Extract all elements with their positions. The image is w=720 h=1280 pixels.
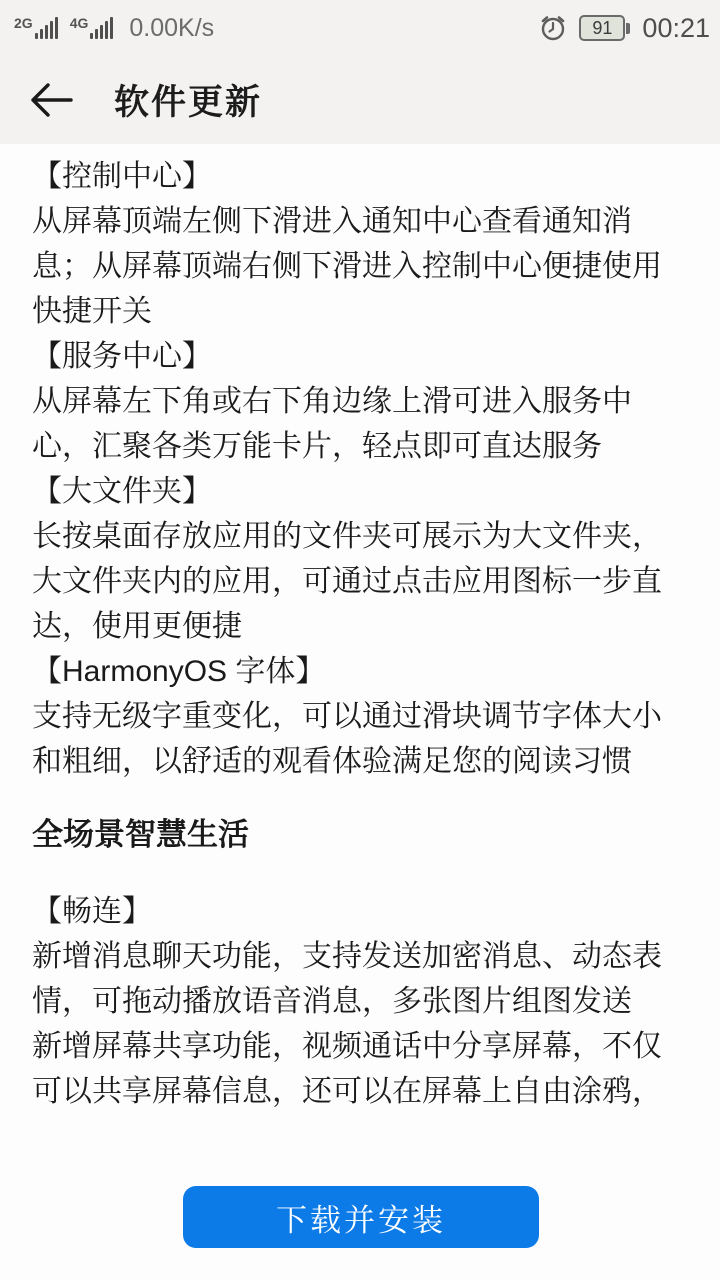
section-service-center: 【服务中心】 从屏幕左下角或右下角边缘上滑可进入服务中 心，汇聚各类万能卡片，轻… (32, 334, 690, 469)
sim2-network-type-label: 4G (70, 15, 89, 31)
battery-level-text: 91 (592, 18, 612, 39)
alarm-clock-icon (539, 14, 567, 42)
section-text-line: 和粗细，以舒适的观看体验满足您的阅读习惯 (32, 739, 690, 784)
sim2-signal-icon: 4G (70, 11, 114, 45)
back-button[interactable] (28, 78, 76, 122)
sim1-network-type-label: 2G (14, 15, 33, 31)
section-text-line: 长按桌面存放应用的文件夹可展示为大文件夹， (32, 514, 690, 559)
section-text-line: 心，汇聚各类万能卡片，轻点即可直达服务 (32, 424, 690, 469)
section-heading: 【服务中心】 (32, 334, 690, 379)
section-large-folder: 【大文件夹】 长按桌面存放应用的文件夹可展示为大文件夹， 大文件夹内的应用，可通… (32, 469, 690, 649)
section-text-line: 快捷开关 (32, 289, 690, 334)
section-heading: 【畅连】 (32, 889, 690, 934)
status-bar: 2G 4G 0.00K/s 91 00:21 (0, 0, 720, 56)
section-control-center: 【控制中心】 从屏幕顶端左侧下滑进入通知中心查看通知消 息；从屏幕顶端右侧下滑进… (32, 154, 690, 334)
section-text-line: 可以共享屏幕信息，还可以在屏幕上自由涂鸦， (32, 1069, 690, 1114)
section-text-line: 息；从屏幕顶端右侧下滑进入控制中心便捷使用 (32, 244, 690, 289)
section-harmonyos-font: 【HarmonyOS 字体】 支持无级字重变化，可以通过滑块调节字体大小 和粗细… (32, 649, 690, 784)
section-heading: 【HarmonyOS 字体】 (32, 649, 690, 694)
section-text-line: 从屏幕顶端左侧下滑进入通知中心查看通知消 (32, 199, 690, 244)
section-text-line: 新增消息聊天功能，支持发送加密消息、动态表 (32, 934, 690, 979)
sim1-signal-icon: 2G (14, 11, 58, 45)
back-arrow-icon (28, 81, 74, 119)
section-meetime: 【畅连】 新增消息聊天功能，支持发送加密消息、动态表 情，可拖动播放语音消息，多… (32, 889, 690, 1114)
section-text-line: 从屏幕左下角或右下角边缘上滑可进入服务中 (32, 379, 690, 424)
network-speed-text: 0.00K/s (129, 14, 214, 43)
section-text-line: 大文件夹内的应用，可通过点击应用图标一步直 (32, 559, 690, 604)
software-update-screen: 2G 4G 0.00K/s 91 00:21 软件更新 (0, 0, 720, 1280)
app-header: 软件更新 (0, 56, 720, 144)
section-heading: 【控制中心】 (32, 154, 690, 199)
sim1-signal-bars (35, 17, 58, 45)
download-and-install-button[interactable]: 下载并安装 (183, 1186, 539, 1248)
clock-time: 00:21 (642, 13, 710, 44)
group-title-smart-life: 全场景智慧生活 (32, 812, 690, 857)
sim2-signal-bars (90, 17, 113, 45)
section-text-line: 情，可拖动播放语音消息，多张图片组图发送 (32, 979, 690, 1024)
section-text-line: 新增屏幕共享功能，视频通话中分享屏幕，不仅 (32, 1024, 690, 1069)
page-title: 软件更新 (114, 75, 262, 125)
release-notes: 【控制中心】 从屏幕顶端左侧下滑进入通知中心查看通知消 息；从屏幕顶端右侧下滑进… (0, 144, 720, 1248)
section-heading: 【大文件夹】 (32, 469, 690, 514)
battery-icon: 91 (579, 15, 630, 41)
section-text-line: 达，使用更便捷 (32, 604, 690, 649)
section-text-line: 支持无级字重变化，可以通过滑块调节字体大小 (32, 694, 690, 739)
